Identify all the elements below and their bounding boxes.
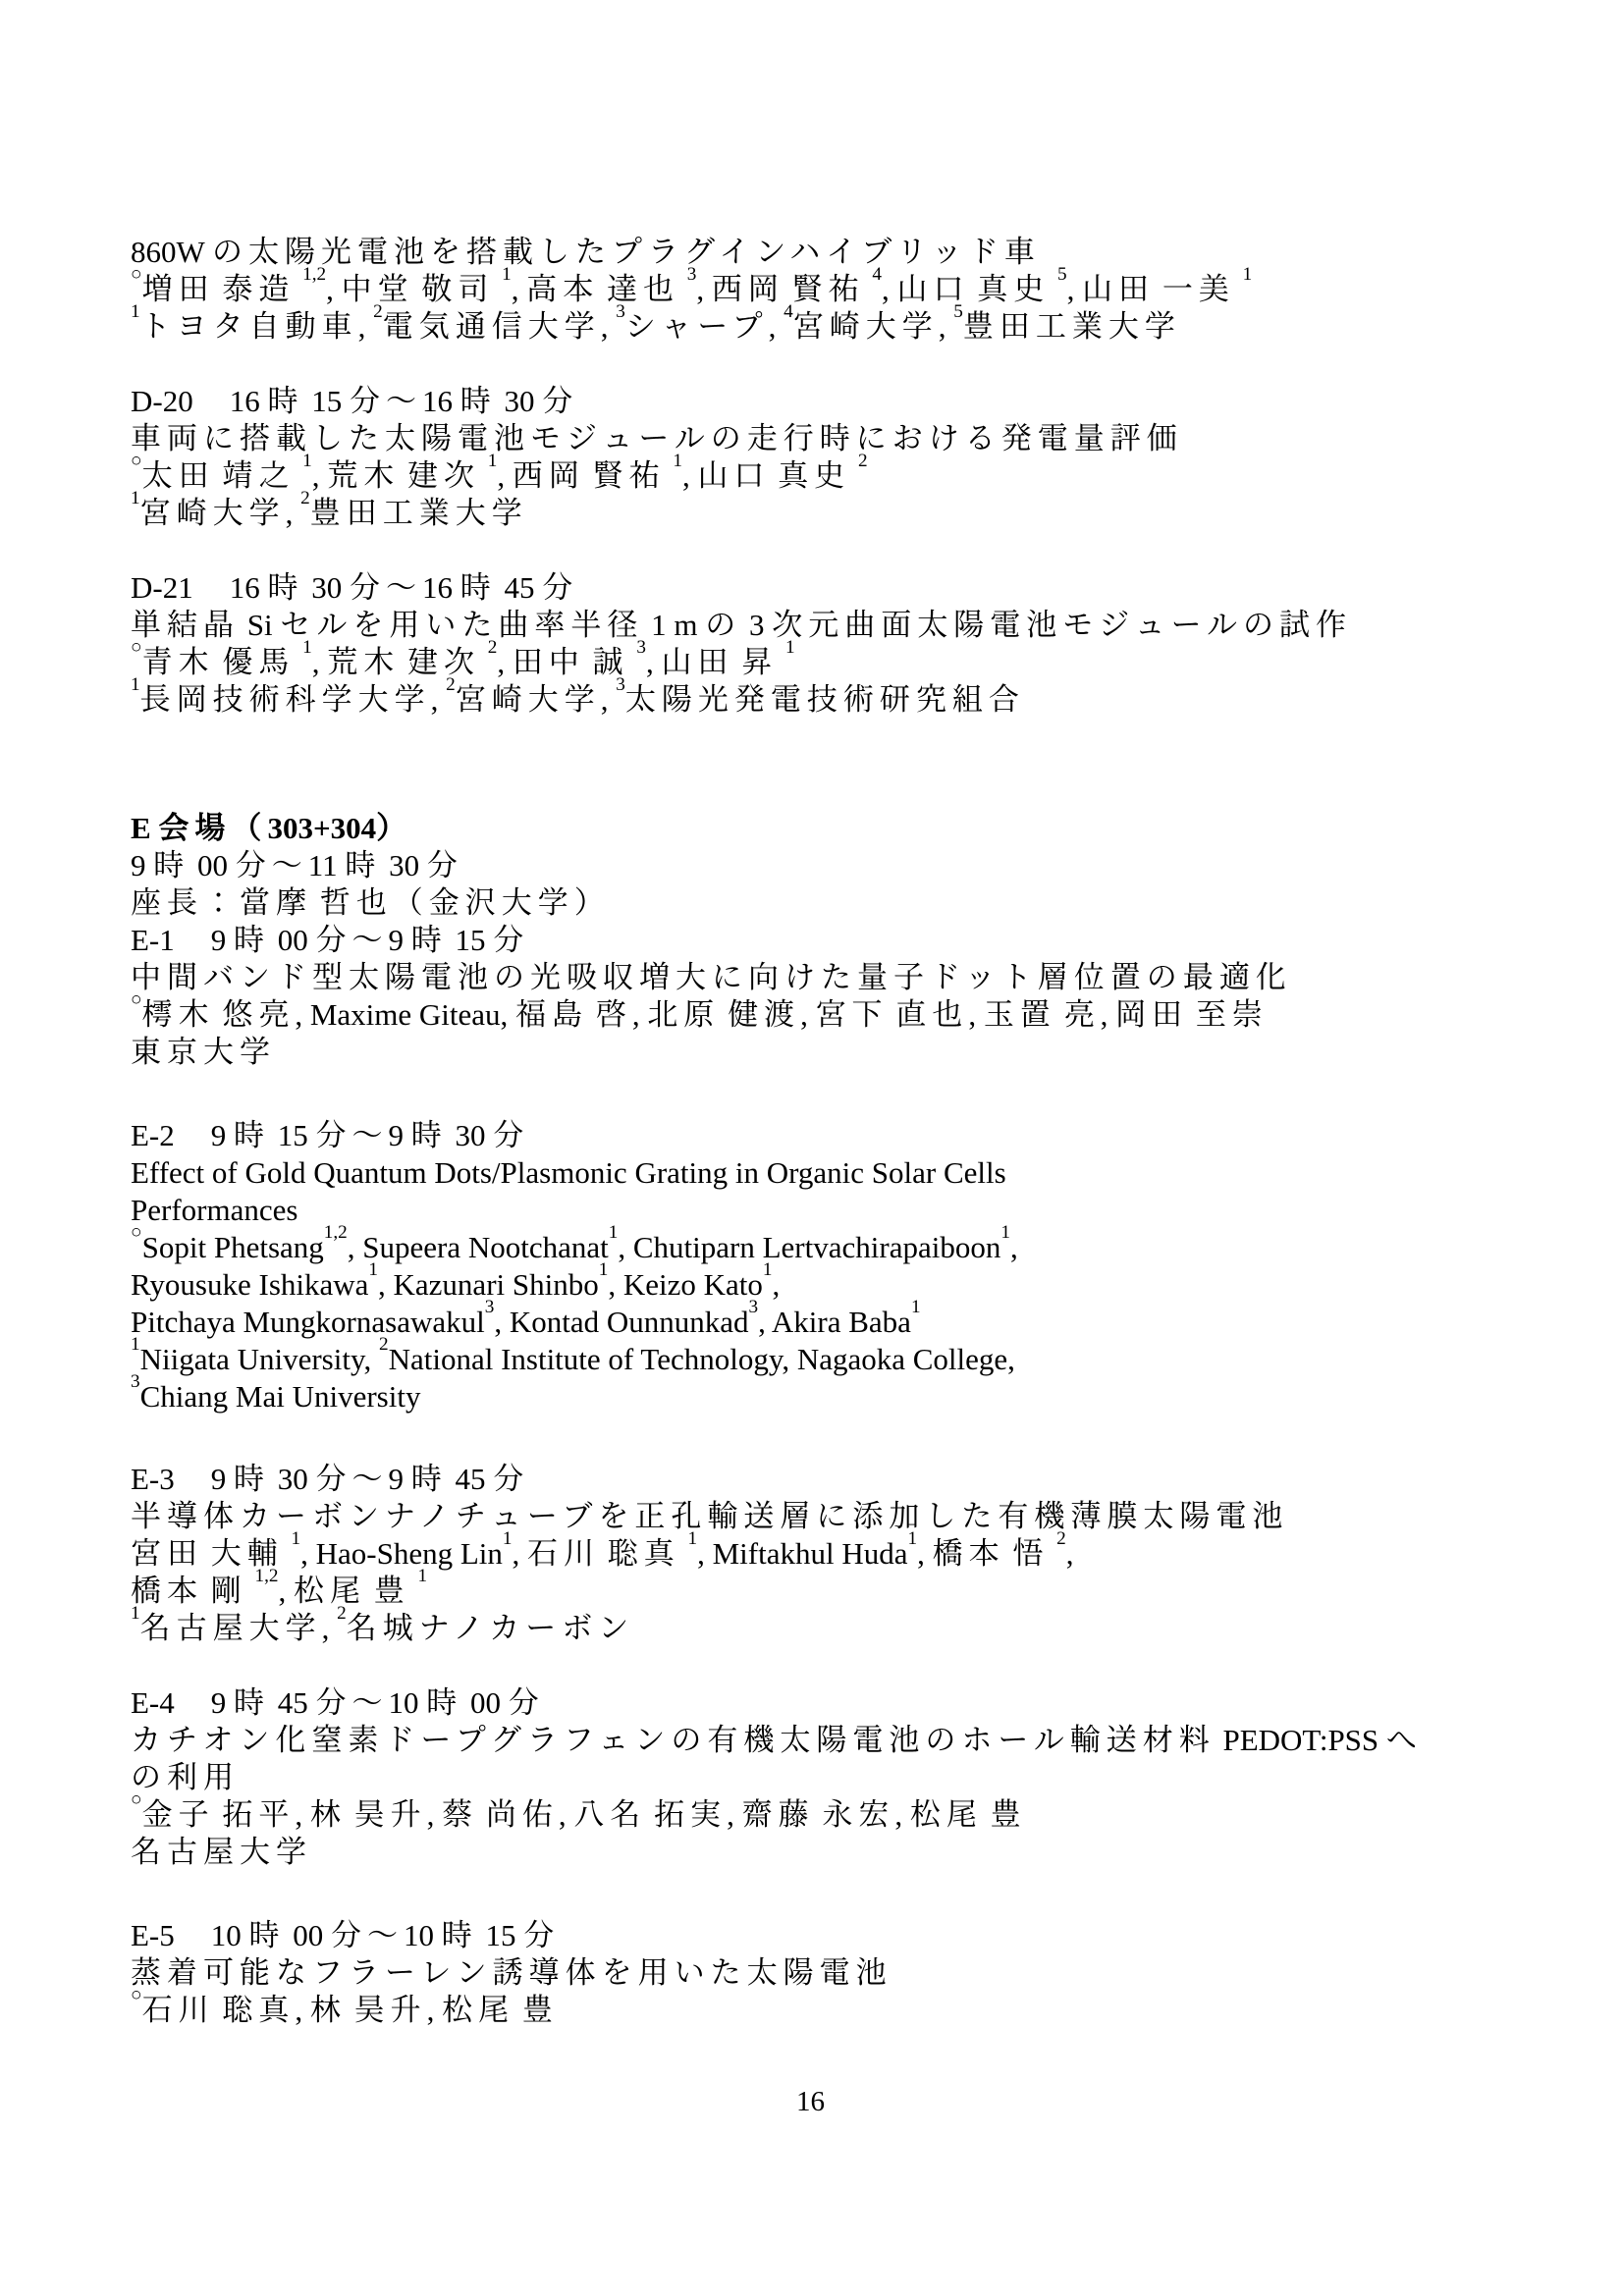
section-block: 860W の太陽光電池を搭載したプラグインハイブリッド車○増田 泰造 1,2, … <box>131 234 1564 346</box>
text-line: 単結晶 Si セルを用いた曲率半径 1 m の 3 次元曲面太陽電池モジュールの… <box>131 607 1564 644</box>
text-line: カチオン化窒素ドープグラフェンの有機太陽電池のホール輸送材料 PEDOT:PSS… <box>131 1722 1564 1759</box>
text-line: 1トヨタ自動車, 2電気通信大学, 3シャープ, 4宮崎大学, 5豊田工業大学 <box>131 308 1564 346</box>
text-line: 860W の太陽光電池を搭載したプラグインハイブリッド車 <box>131 234 1564 271</box>
text-line: 1長岡技術科学大学, 2宮崎大学, 3太陽光発電技術研究組合 <box>131 681 1564 719</box>
text-line: D-20 16 時 15 分～16 時 30 分 <box>131 383 1564 420</box>
text-line: ○増田 泰造 1,2, 中堂 敬司 1, 高本 達也 3, 西岡 賢祐 4, 山… <box>131 271 1564 308</box>
text-line: 名古屋大学 <box>131 1834 1564 1871</box>
section-block: E-4 9 時 45 分～10 時 00 分カチオン化窒素ドープグラフェンの有機… <box>131 1684 1564 1871</box>
text-line: 座長：當摩 哲也（金沢大学） <box>131 884 1564 922</box>
text-line: ○Sopit Phetsang1,2, Supeera Nootchanat1,… <box>131 1229 1564 1266</box>
document-page: 860W の太陽光電池を搭載したプラグインハイブリッド車○増田 泰造 1,2, … <box>0 0 1621 2296</box>
section-block: D-21 16 時 30 分～16 時 45 分単結晶 Si セルを用いた曲率半… <box>131 569 1564 719</box>
text-line: E-4 9 時 45 分～10 時 00 分 <box>131 1684 1564 1722</box>
text-line: 3Chiang Mai University <box>131 1378 1564 1415</box>
text-line: 半導体カーボンナノチューブを正孔輸送層に添加した有機薄膜太陽電池 <box>131 1498 1564 1535</box>
section-block: E-3 9 時 30 分～9 時 45 分半導体カーボンナノチューブを正孔輸送層… <box>131 1461 1564 1647</box>
text-line: E-1 9 時 00 分～9 時 15 分 <box>131 922 1564 959</box>
text-line: ○太田 靖之 1, 荒木 建次 1, 西岡 賢祐 1, 山口 真史 2 <box>131 457 1564 495</box>
section-block: E 会場（303+304）9 時 00 分～11 時 30 分座長：當摩 哲也（… <box>131 810 1564 1071</box>
text-line: 車両に搭載した太陽電池モジュールの走行時における発電量評価 <box>131 420 1564 457</box>
document-blocks: 860W の太陽光電池を搭載したプラグインハイブリッド車○増田 泰造 1,2, … <box>131 234 1564 2029</box>
text-line: Pitchaya Mungkornasawakul3, Kontad Ounnu… <box>131 1304 1564 1341</box>
text-line: Ryousuke Ishikawa1, Kazunari Shinbo1, Ke… <box>131 1266 1564 1304</box>
section-block: E-5 10 時 00 分～10 時 15 分蒸着可能なフラーレン誘導体を用いた… <box>131 1917 1564 2029</box>
text-line: E-3 9 時 30 分～9 時 45 分 <box>131 1461 1564 1498</box>
text-line: 中間バンド型太陽電池の光吸収増大に向けた量子ドット層位置の最適化 <box>131 959 1564 996</box>
text-line: 東京大学 <box>131 1034 1564 1071</box>
page-number: 16 <box>0 2083 1621 2120</box>
text-line: 9 時 00 分～11 時 30 分 <box>131 847 1564 884</box>
text-line: ○金子 拓平, 林 昊升, 蔡 尚佑, 八名 拓実, 齋藤 永宏, 松尾 豊 <box>131 1796 1564 1834</box>
text-line: 1名古屋大学, 2名城ナノカーボン <box>131 1610 1564 1647</box>
text-line: 1宮崎大学, 2豊田工業大学 <box>131 495 1564 532</box>
text-line: ○青木 優馬 1, 荒木 建次 2, 田中 誠 3, 山田 昇 1 <box>131 644 1564 681</box>
text-line: E 会場（303+304） <box>131 810 1564 847</box>
text-line: ○石川 聡真, 林 昊升, 松尾 豊 <box>131 1992 1564 2029</box>
text-line: 1Niigata University, 2National Institute… <box>131 1341 1564 1378</box>
text-line: 蒸着可能なフラーレン誘導体を用いた太陽電池 <box>131 1954 1564 1992</box>
text-line: E-5 10 時 00 分～10 時 15 分 <box>131 1917 1564 1954</box>
text-line: D-21 16 時 30 分～16 時 45 分 <box>131 569 1564 607</box>
text-line: の利用 <box>131 1759 1564 1796</box>
section-block: D-20 16 時 15 分～16 時 30 分車両に搭載した太陽電池モジュール… <box>131 383 1564 532</box>
section-block: E-2 9 時 15 分～9 時 30 分Effect of Gold Quan… <box>131 1117 1564 1415</box>
text-line: ○樗木 悠亮, Maxime Giteau, 福島 啓, 北原 健渡, 宮下 直… <box>131 996 1564 1034</box>
text-line: 宮田 大輔 1, Hao-Sheng Lin1, 石川 聡真 1, Miftak… <box>131 1535 1564 1573</box>
text-line: Effect of Gold Quantum Dots/Plasmonic Gr… <box>131 1154 1564 1192</box>
text-line: E-2 9 時 15 分～9 時 30 分 <box>131 1117 1564 1154</box>
